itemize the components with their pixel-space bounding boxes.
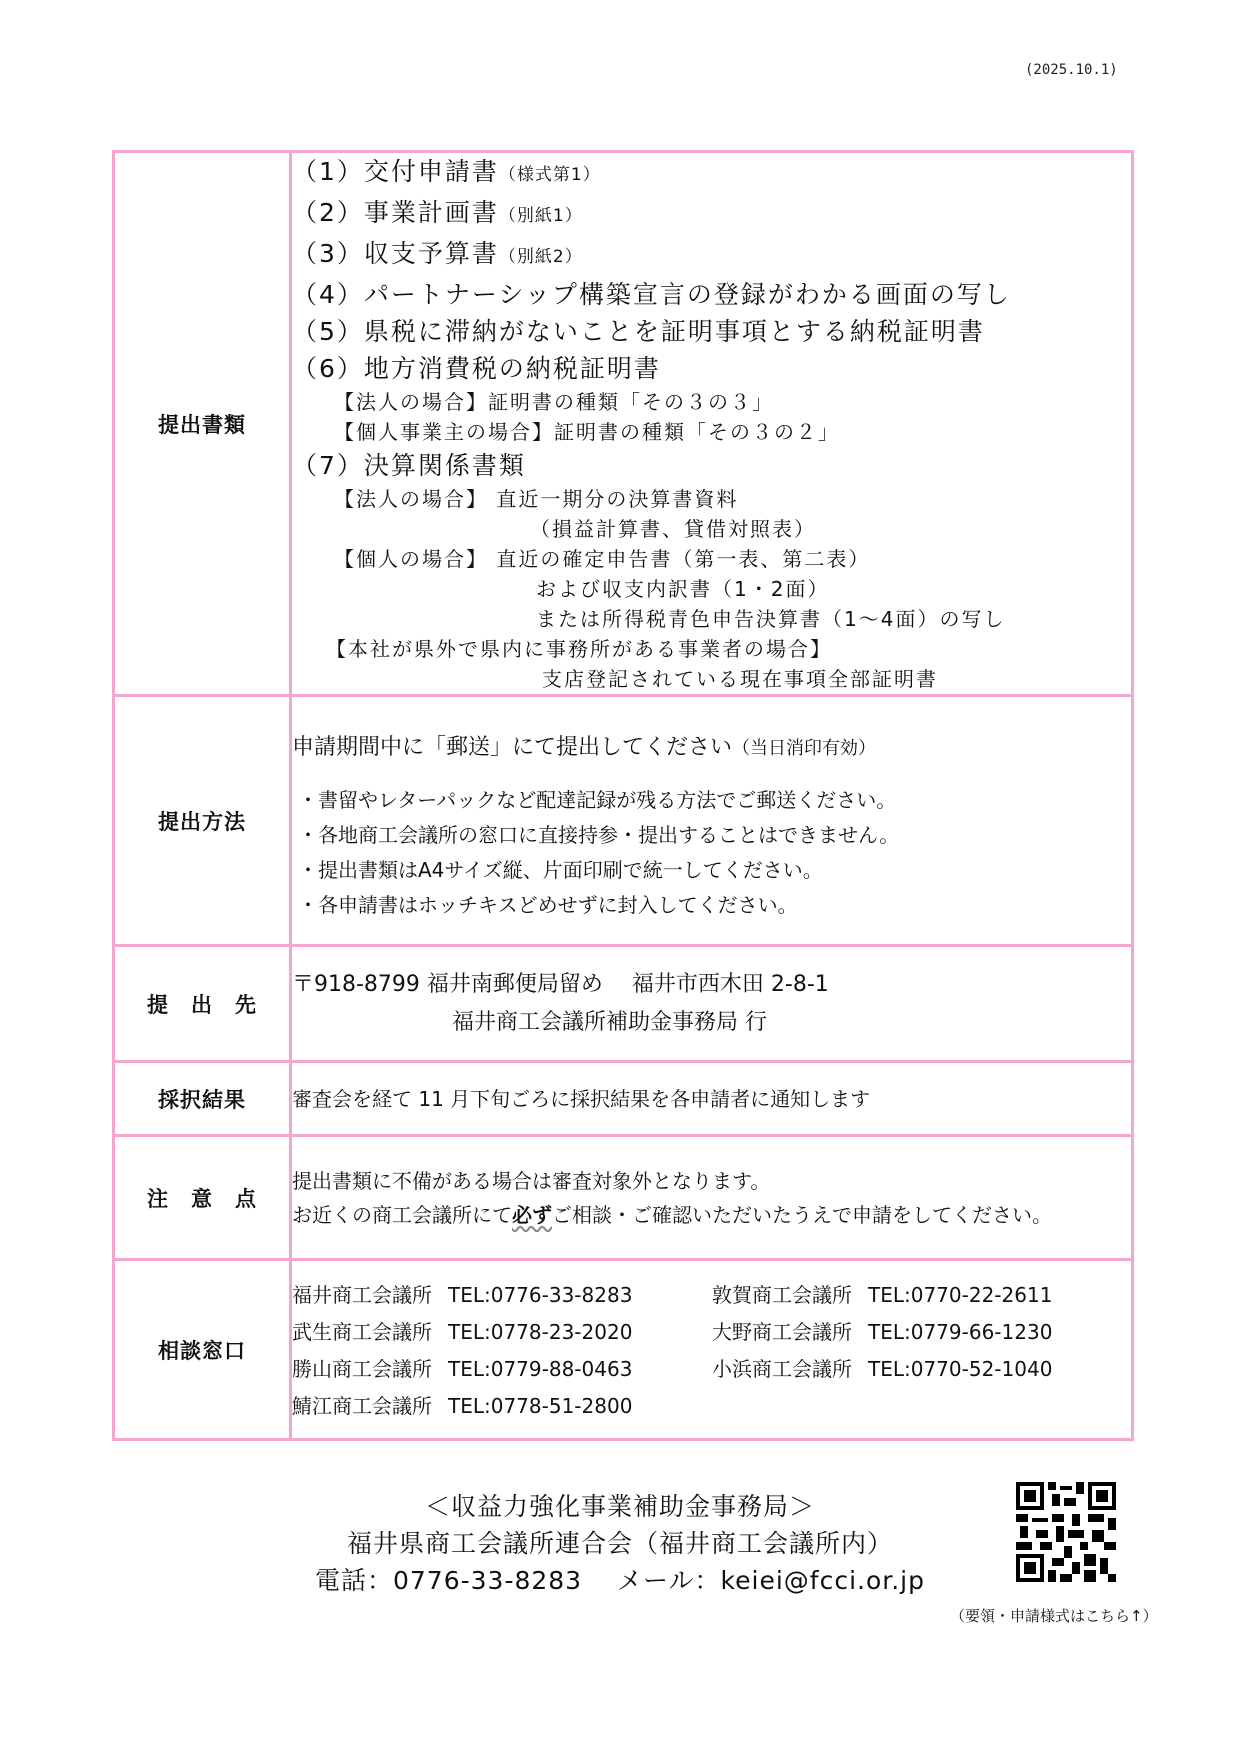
contact-list: 福井商工会議所TEL:0776-33-8283 敦賀商工会議所TEL:0770-… [292,1269,1131,1431]
doc-item-7: （7）決算関係書類 [292,447,1131,484]
doc-item-7-indiv-2: および収支内訳書（1・2面） [292,574,1131,604]
content-method: 申請期間中に「郵送」にて提出してください（当日消印有効） ・書留やレターパックな… [291,696,1133,946]
doc-item-3: （3）収支予算書（別紙2） [292,235,1131,276]
doc-branch-label: 【本社が県外で県内に事務所がある事業者の場合】 [292,634,1131,664]
footer-org: 福井県商工会議所連合会（福井商工会議所内） [290,1525,950,1562]
doc-item-7-corp-detail: （損益計算書、貸借対照表） [292,514,1131,544]
contact-item: 大野商工会議所TEL:0779-66-1230 [712,1314,1112,1351]
doc-item-5: （5）県税に滞納がないことを証明事項とする納税証明書 [292,313,1131,350]
notes-line-2: お近くの商工会議所にて必ずご相談・ご確認いただいたうえで申請をしてください。 [292,1198,1131,1232]
doc-item-6-corp: 【法人の場合】証明書の種類「その３の３」 [292,387,1131,417]
doc-item-1: （1）交付申請書（様式第1） [292,153,1131,194]
qr-note: （要領・申請様式はこちら↑） [950,1605,1158,1626]
row-destination: 提 出 先 〒918-8799 福井南郵便局留め 福井市西木田 2-8-1 福井… [114,946,1133,1062]
row-method: 提出方法 申請期間中に「郵送」にて提出してください（当日消印有効） ・書留やレタ… [114,696,1133,946]
contact-item: 小浜商工会議所TEL:0770-52-1040 [712,1351,1112,1388]
destination-address: 〒918-8799 福井南郵便局留め 福井市西木田 2-8-1 [292,966,1131,1004]
contact-item: 勝山商工会議所TEL:0779-88-0463 [292,1351,712,1388]
result-text: 審査会を経て 11 月下旬ごろに採択結果を各申請者に通知します [291,1062,1133,1136]
doc-item-7-indiv: 【個人の場合】 直近の確定申告書（第一表、第二表） [292,544,1131,574]
notes-line-1: 提出書類に不備がある場合は審査対象外となります。 [292,1164,1131,1198]
doc-item-6: （6）地方消費税の納税証明書 [292,350,1131,387]
row-documents: 提出書類 （1）交付申請書（様式第1） （2）事業計画書（別紙1） （3）収支予… [114,152,1133,696]
contact-item: 鯖江商工会議所TEL:0778-51-2800 [292,1388,712,1425]
contact-item: 武生商工会議所TEL:0778-23-2020 [292,1314,712,1351]
row-notes: 注 意 点 提出書類に不備がある場合は審査対象外となります。 お近くの商工会議所… [114,1136,1133,1260]
contact-item: 福井商工会議所TEL:0776-33-8283 [292,1277,712,1314]
info-table: 提出書類 （1）交付申請書（様式第1） （2）事業計画書（別紙1） （3）収支予… [112,150,1134,1441]
doc-branch-doc: 支店登記されている現在事項全部証明書 [292,664,1131,694]
doc-item-2: （2）事業計画書（別紙1） [292,194,1131,235]
destination-office: 福井商工会議所補助金事務局 行 [292,1004,1131,1042]
doc-item-4: （4）パートナーシップ構築宣言の登録がわかる画面の写し [292,276,1131,313]
footer-office: ＜収益力強化事業補助金事務局＞ [290,1488,950,1525]
label-notes: 注 意 点 [114,1136,291,1260]
content-contacts: 福井商工会議所TEL:0776-33-8283 敦賀商工会議所TEL:0770-… [291,1260,1133,1440]
row-result: 採択結果 審査会を経て 11 月下旬ごろに採択結果を各申請者に通知します [114,1062,1133,1136]
method-bullet-4: ・各申請書はホッチキスどめせずに封入してください。 [292,888,1131,923]
content-notes: 提出書類に不備がある場合は審査対象外となります。 お近くの商工会議所にて必ずご相… [291,1136,1133,1260]
row-contacts: 相談窓口 福井商工会議所TEL:0776-33-8283 敦賀商工会議所TEL:… [114,1260,1133,1440]
method-title: 申請期間中に「郵送」にて提出してください（当日消印有効） [292,732,1131,765]
doc-item-6-indiv: 【個人事業主の場合】証明書の種類「その３の２」 [292,417,1131,447]
content-documents: （1）交付申請書（様式第1） （2）事業計画書（別紙1） （3）収支予算書（別紙… [291,152,1133,696]
label-contacts: 相談窓口 [114,1260,291,1440]
footer-contact: ＜収益力強化事業補助金事務局＞ 福井県商工会議所連合会（福井商工会議所内） 電話… [290,1488,950,1599]
method-bullet-1: ・書留やレターパックなど配達記録が残る方法でご郵送ください。 [292,783,1131,818]
method-bullet-3: ・提出書類はA4サイズ縦、片面印刷で統一してください。 [292,853,1131,888]
contact-item: 敦賀商工会議所TEL:0770-22-2611 [712,1277,1112,1314]
doc-item-7-corp: 【法人の場合】 直近一期分の決算書資料 [292,484,1131,514]
label-documents: 提出書類 [114,152,291,696]
qr-code-icon[interactable] [1016,1482,1116,1582]
label-method: 提出方法 [114,696,291,946]
label-destination: 提 出 先 [114,946,291,1062]
footer-phone-mail: 電話：0776-33-8283 メール：keiei@fcci.or.jp [290,1562,950,1599]
doc-item-7-indiv-3: または所得税青色申告決算書（1～4面）の写し [292,604,1131,634]
content-destination: 〒918-8799 福井南郵便局留め 福井市西木田 2-8-1 福井商工会議所補… [291,946,1133,1062]
method-bullet-2: ・各地商工会議所の窓口に直接持参・提出することはできません。 [292,818,1131,853]
issue-date: (2025.10.1) [1025,62,1118,78]
label-result: 採択結果 [114,1062,291,1136]
